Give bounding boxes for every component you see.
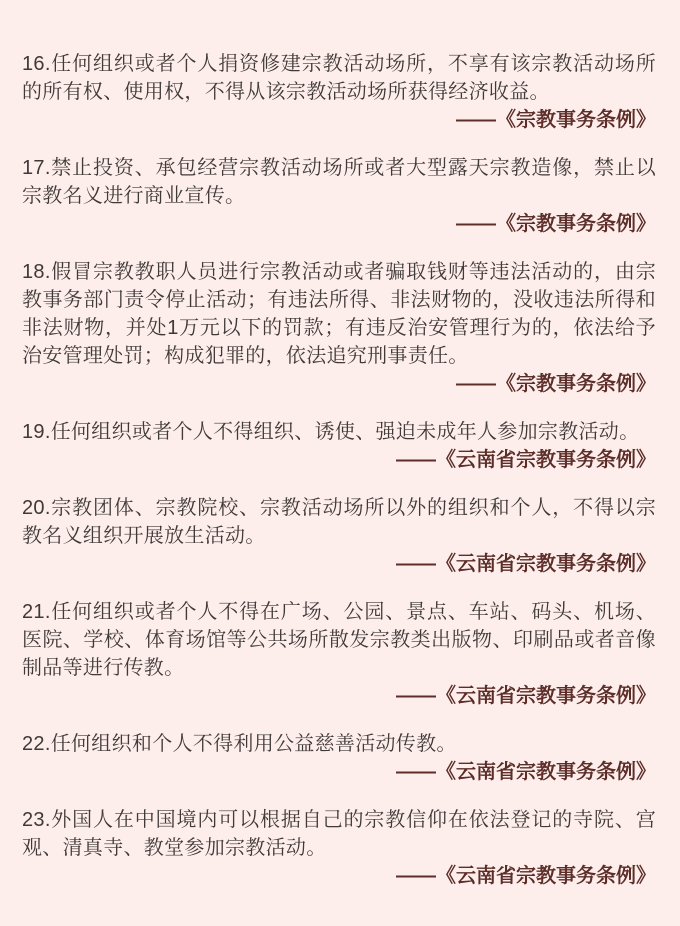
item-body: 外国人在中国境内可以根据自己的宗教信仰在依法登记的寺院、宫观、清真寺、教堂参加宗… xyxy=(22,809,656,859)
regulation-item-21: 21.任何组织或者个人不得在广场、公园、景点、车站、码头、机场、医院、学校、体育… xyxy=(22,598,656,710)
regulation-item-18: 18.假冒宗教教职人员进行宗教活动或者骗取钱财等违法活动的，由宗教事务部门责令停… xyxy=(22,258,656,398)
item-number: 17. xyxy=(22,157,51,179)
regulation-item-16: 16.任何组织或者个人捐资修建宗教活动场所，不享有该宗教活动场所的所有权、使用权… xyxy=(22,50,656,134)
regulation-text: 19.任何组织或者个人不得组织、诱使、强迫未成年人参加宗教活动。 xyxy=(22,418,656,446)
regulation-citation: ——《宗教事务条例》 xyxy=(22,210,656,238)
regulation-item-17: 17.禁止投资、承包经营宗教活动场所或者大型露天宗教造像，禁止以宗教名义进行商业… xyxy=(22,154,656,238)
regulation-text: 20.宗教团体、宗教院校、宗教活动场所以外的组织和个人，不得以宗教名义组织开展放… xyxy=(22,494,656,550)
regulation-citation: ——《宗教事务条例》 xyxy=(22,370,656,398)
item-body: 任何组织或者个人不得组织、诱使、强迫未成年人参加宗教活动。 xyxy=(51,421,640,443)
regulation-item-20: 20.宗教团体、宗教院校、宗教活动场所以外的组织和个人，不得以宗教名义组织开展放… xyxy=(22,494,656,578)
item-body: 任何组织和个人不得利用公益慈善活动传教。 xyxy=(51,733,457,755)
regulation-citation: ——《云南省宗教事务条例》 xyxy=(22,550,656,578)
regulation-citation: ——《云南省宗教事务条例》 xyxy=(22,862,656,890)
item-number: 18. xyxy=(22,261,51,283)
item-number: 23. xyxy=(22,809,51,831)
item-number: 16. xyxy=(22,53,51,75)
item-number: 21. xyxy=(22,601,51,623)
regulation-text: 16.任何组织或者个人捐资修建宗教活动场所，不享有该宗教活动场所的所有权、使用权… xyxy=(22,50,656,106)
regulation-item-22: 22.任何组织和个人不得利用公益慈善活动传教。 ——《云南省宗教事务条例》 xyxy=(22,730,656,786)
regulation-citation: ——《宗教事务条例》 xyxy=(22,106,656,134)
regulation-text: 18.假冒宗教教职人员进行宗教活动或者骗取钱财等违法活动的，由宗教事务部门责令停… xyxy=(22,258,656,370)
item-number: 19. xyxy=(22,421,51,443)
regulation-item-19: 19.任何组织或者个人不得组织、诱使、强迫未成年人参加宗教活动。 ——《云南省宗… xyxy=(22,418,656,474)
regulation-text: 21.任何组织或者个人不得在广场、公园、景点、车站、码头、机场、医院、学校、体育… xyxy=(22,598,656,682)
regulation-item-23: 23.外国人在中国境内可以根据自己的宗教信仰在依法登记的寺院、宫观、清真寺、教堂… xyxy=(22,806,656,890)
regulation-text: 17.禁止投资、承包经营宗教活动场所或者大型露天宗教造像，禁止以宗教名义进行商业… xyxy=(22,154,656,210)
regulation-text: 22.任何组织和个人不得利用公益慈善活动传教。 xyxy=(22,730,656,758)
item-body: 假冒宗教教职人员进行宗教活动或者骗取钱财等违法活动的，由宗教事务部门责令停止活动… xyxy=(22,261,656,367)
regulation-citation: ——《云南省宗教事务条例》 xyxy=(22,682,656,710)
regulation-citation: ——《云南省宗教事务条例》 xyxy=(22,758,656,786)
item-body: 任何组织或者个人捐资修建宗教活动场所，不享有该宗教活动场所的所有权、使用权，不得… xyxy=(22,53,656,103)
item-body: 禁止投资、承包经营宗教活动场所或者大型露天宗教造像，禁止以宗教名义进行商业宣传。 xyxy=(22,157,656,207)
item-number: 22. xyxy=(22,733,51,755)
item-number: 20. xyxy=(22,497,51,519)
regulation-citation: ——《云南省宗教事务条例》 xyxy=(22,446,656,474)
regulation-text: 23.外国人在中国境内可以根据自己的宗教信仰在依法登记的寺院、宫观、清真寺、教堂… xyxy=(22,806,656,862)
item-body: 宗教团体、宗教院校、宗教活动场所以外的组织和个人，不得以宗教名义组织开展放生活动… xyxy=(22,497,656,547)
item-body: 任何组织或者个人不得在广场、公园、景点、车站、码头、机场、医院、学校、体育场馆等… xyxy=(22,601,656,679)
document-page: 16.任何组织或者个人捐资修建宗教活动场所，不享有该宗教活动场所的所有权、使用权… xyxy=(0,0,680,926)
